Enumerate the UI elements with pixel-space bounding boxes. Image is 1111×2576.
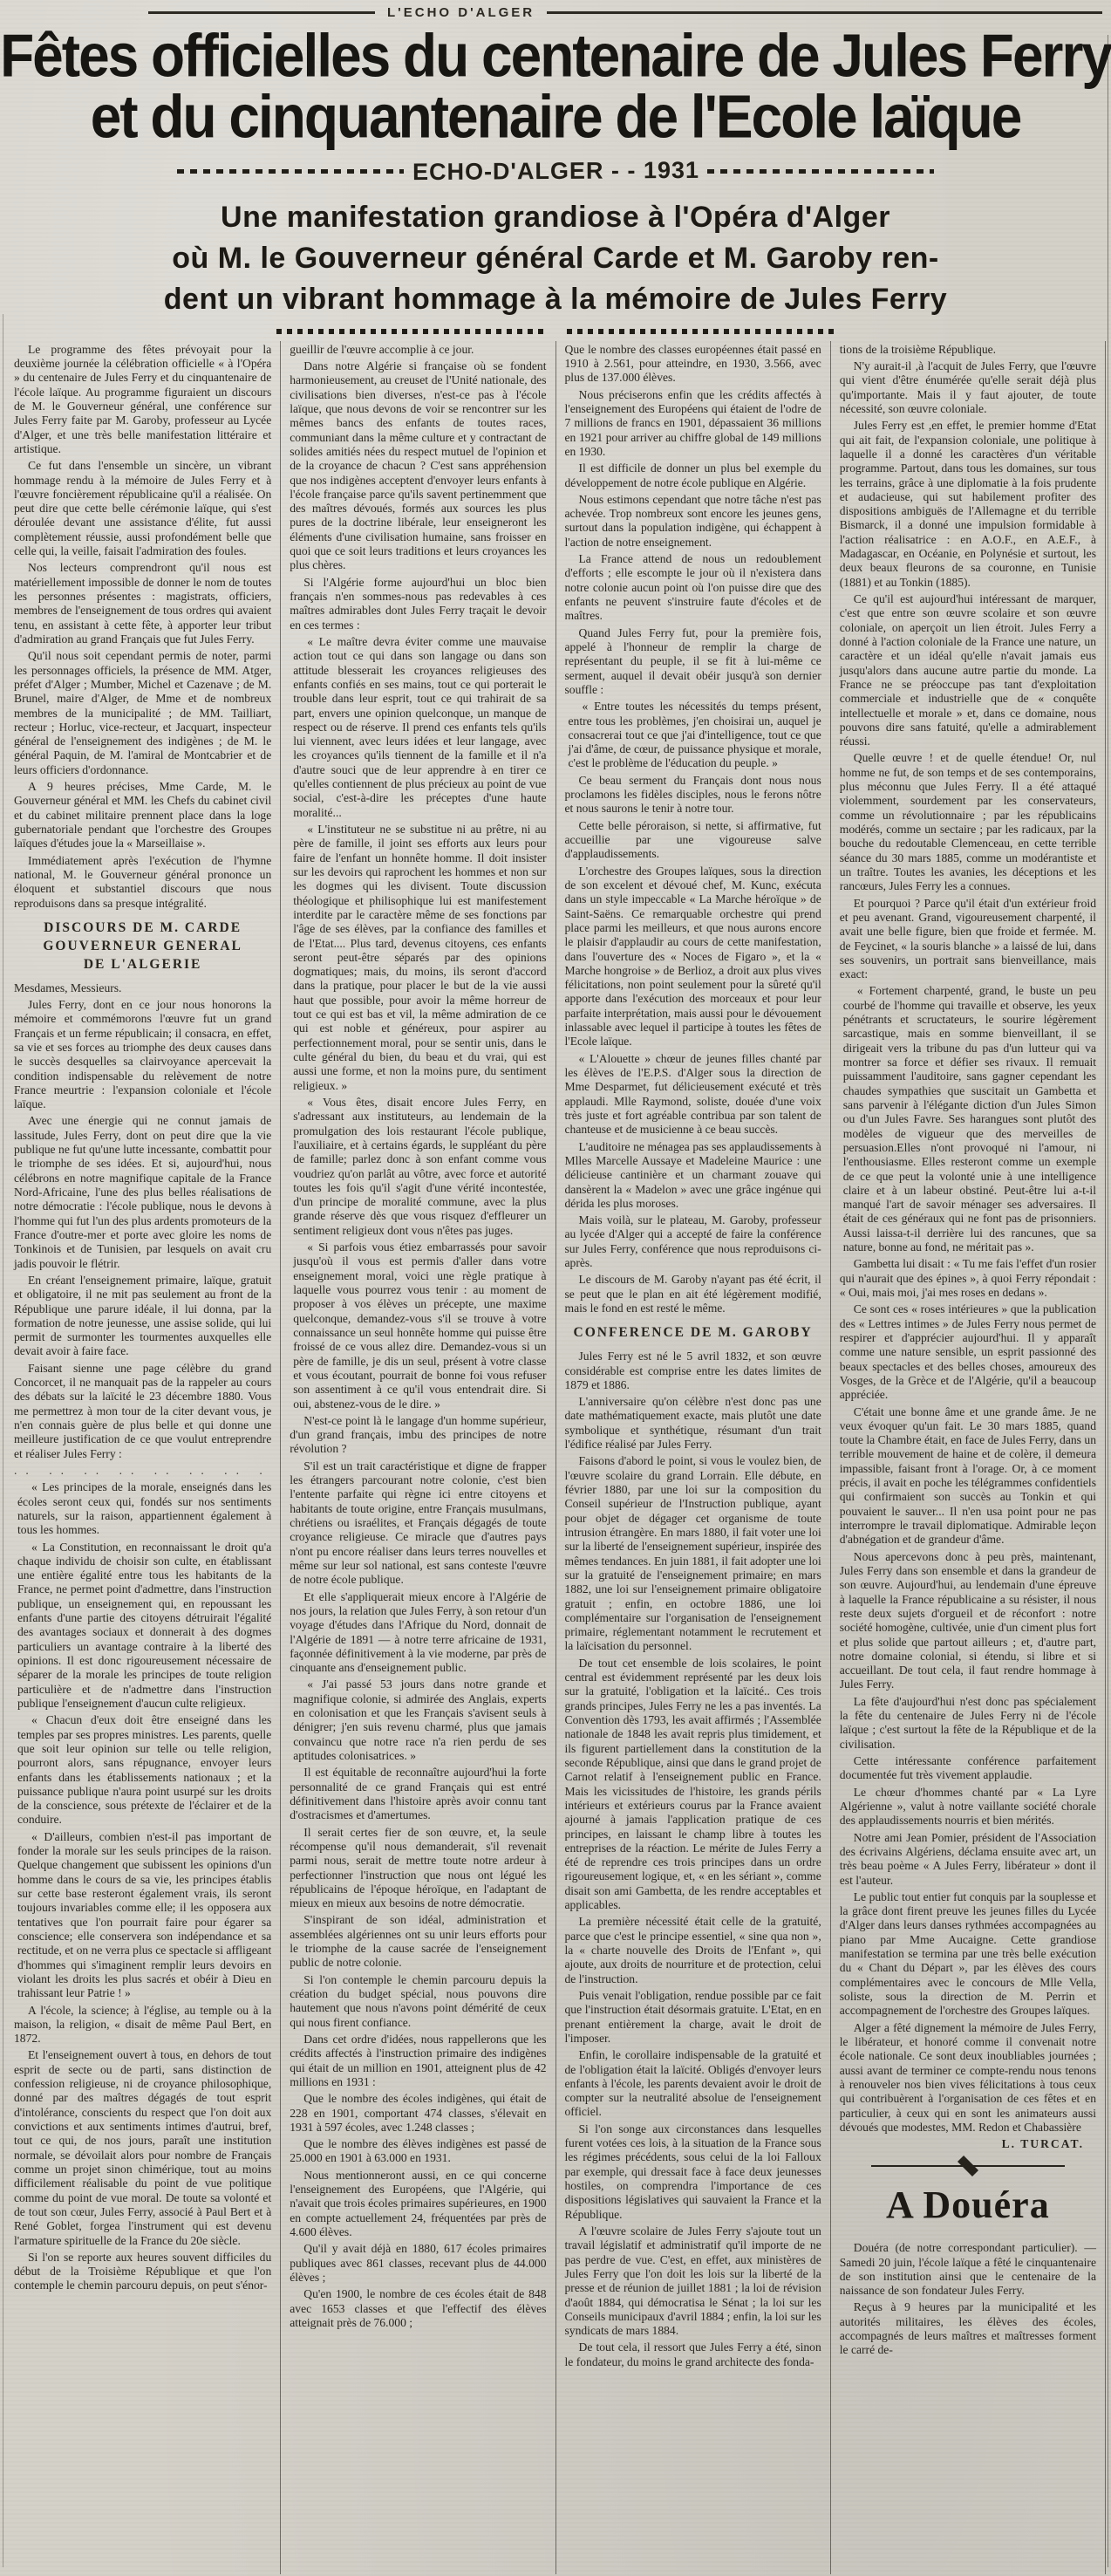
paragraph: Jules Ferry, dont en ce jour nous honoro… — [14, 998, 271, 1112]
newspaper-title: L'ECHO D'ALGER — [387, 5, 535, 20]
subheadline-line-1: Une manifestation grandiose à l'Opéra d'… — [111, 197, 1000, 238]
paragraph: « L'Alouette » chœur de jeunes filles ch… — [565, 1052, 821, 1138]
handwritten-annotation: ECHO-D'ALGER - - 1931 — [131, 158, 980, 185]
paragraph: Et pourquoi ? Parce qu'il était d'un ext… — [840, 897, 1096, 982]
newspaper-page: { "masthead": { "title": "L'ECHO D'ALGER… — [0, 0, 1111, 2576]
paragraph: Dans notre Algérie si française où se fo… — [290, 359, 546, 573]
paragraph: Le discours de M. Garoby n'ayant pas été… — [565, 1273, 821, 1315]
paragraph: C'était une bonne âme et une grande âme.… — [840, 1405, 1096, 1548]
paragraph-continuation: Que le nombre des classes européennes ét… — [565, 343, 821, 386]
paragraph: Si l'on contemple le chemin parcouru dep… — [290, 1973, 546, 2030]
dotted-rule — [276, 329, 835, 334]
paragraph: La fête d'aujourd'hui n'est donc pas spé… — [840, 1695, 1096, 1752]
paragraph: Mais voilà, sur le plateau, M. Garoby, p… — [565, 1213, 821, 1270]
paragraph: S'inspirant de son idéal, administration… — [290, 1913, 546, 1970]
paragraph: Que le nombre des élèves indigènes est p… — [290, 2137, 546, 2166]
annotation-dash-right — [707, 169, 934, 174]
paragraph: Gambetta lui disait : « Tu me fais l'eff… — [840, 1257, 1096, 1300]
paragraph: Il est équitable de reconnaître aujourd'… — [290, 1766, 546, 1822]
paragraph: Jules Ferry est ,en effet, le premier ho… — [840, 419, 1096, 590]
dotted-rule-segment — [567, 329, 835, 334]
paragraph-continuation: Mesdames, Messieurs. — [14, 981, 271, 995]
paragraph: N'y aurait-il ,à l'acquit de Jules Ferry… — [840, 359, 1096, 416]
main-headline: Fêtes officielles du centenaire de Jules… — [0, 25, 1111, 148]
quote-paragraph: « L'instituteur ne se substitue ni au pr… — [290, 823, 546, 1093]
paragraph: Que le nombre des écoles indigènes, qui … — [290, 2092, 546, 2135]
paragraph-continuation: tions de la troisième République. — [840, 343, 1096, 357]
byline-signature: L. TURCAT. — [840, 2137, 1096, 2151]
quote-paragraph: « Vous êtes, disait encore Jules Ferry, … — [290, 1096, 546, 1238]
paragraph: Quelle œuvre ! et de quelle étendue! Or,… — [840, 751, 1096, 893]
paragraph: Si l'on se reporte aux heures souvent di… — [14, 2251, 271, 2293]
quote-paragraph: « Les principes de la morale, enseignés … — [14, 1480, 271, 1537]
paragraph: Faisant sienne une page célèbre du grand… — [14, 1362, 271, 1461]
paragraph: Reçus à 9 heures par la municipalité et … — [840, 2300, 1096, 2357]
paragraph: Nous estimons cependant que notre tâche … — [565, 493, 821, 550]
paragraph: Le public tout entier fut conquis par la… — [840, 1890, 1096, 2019]
headline-line-2: et du cinquantenaire de l'Ecole laïque — [0, 86, 1111, 147]
paragraph: Et l'enseignement ouvert à tous, en deho… — [14, 2048, 271, 2247]
paragraph: Enfin, le corollaire indispensable de la… — [565, 2048, 821, 2120]
quote-paragraph: « J'ai passé 53 jours dans notre grande … — [290, 1677, 546, 1763]
paragraph: Nous préciserons enfin que les crédits a… — [565, 388, 821, 460]
paragraph: Ce qu'il est aujourd'hui intéressant de … — [840, 592, 1096, 748]
column-4: tions de la troisième République.N'y aur… — [830, 341, 1105, 2574]
paragraph: Ce sont ces « roses intérieures » que la… — [840, 1302, 1096, 1402]
paragraph: Nous apercevons donc à peu près, mainten… — [840, 1550, 1096, 1692]
section-heading: CONFERENCE DE M. GAROBY — [565, 1324, 821, 1343]
paragraph: Cette belle péroraison, si nette, si aff… — [565, 819, 821, 862]
paragraph: Le chœur d'hommes chanté par « La Lyre A… — [840, 1786, 1096, 1828]
paragraph: Immédiatement après l'exécution de l'hym… — [14, 854, 271, 911]
paragraph: Nos lecteurs comprendront qu'il nous est… — [14, 561, 271, 646]
page-edge-rule-left — [3, 314, 3, 2567]
column-1: Le programme des fêtes prévoyait pour la… — [5, 341, 280, 2574]
paragraph: Nous mentionneront aussi, en ce qui conc… — [290, 2169, 546, 2240]
paragraph: Notre ami Jean Pomier, président de l'As… — [840, 1831, 1096, 1888]
paragraph: Ce beau serment du Français dont nous no… — [565, 774, 821, 817]
paragraph: L'anniversaire qu'on célèbre n'est donc … — [565, 1395, 821, 1452]
paragraph: Dans cet ordre d'idées, nous rappelleron… — [290, 2033, 546, 2089]
paragraph: De tout cet ensemble de lois scolaires, … — [565, 1657, 821, 1913]
paragraph: N'est-ce point là le langage d'un homme … — [290, 1414, 546, 1457]
paragraph: Avec une énergie qui ne connut jamais de… — [14, 1114, 271, 1270]
annotation-dash-left — [177, 169, 404, 174]
paragraph: Le programme des fêtes prévoyait pour la… — [14, 343, 271, 457]
paragraph: Qu'en 1900, le nombre de ces écoles étai… — [290, 2287, 546, 2330]
paragraph: En créant l'enseignement primaire, laïqu… — [14, 1274, 271, 1359]
quote-paragraph: « Chacun d'eux doit être enseigné dans l… — [14, 1713, 271, 1828]
subheadline-line-3: dent un vibrant hommage à la mémoire de … — [111, 279, 1000, 320]
article-heading: A Douéra — [840, 2183, 1096, 2229]
paragraph: Si l'Algérie forme aujourd'hui un bloc b… — [290, 576, 546, 632]
section-heading: DISCOURS DE M. CARDE GOUVERNEUR GENERAL … — [14, 919, 271, 974]
page-edge-rule-right — [1108, 35, 1108, 2567]
paragraph: Qu'il nous soit cependant permis de note… — [14, 649, 271, 777]
column-3: Que le nombre des classes européennes ét… — [555, 341, 830, 2574]
paragraph: Il est difficile de donner un plus bel e… — [565, 461, 821, 490]
quote-paragraph: « Le maître devra éviter comme une mauva… — [290, 635, 546, 820]
subheadline-line-2: où M. le Gouverneur général Carde et M. … — [111, 238, 1000, 279]
paragraph: Il serait certes fier de son œuvre, et, … — [290, 1826, 546, 1911]
paragraph: A 9 heures précises, Mme Carde, M. le Go… — [14, 780, 271, 851]
subheadline: Une manifestation grandiose à l'Opéra d'… — [111, 197, 1000, 320]
quote-paragraph: « La Constitution, en reconnaissant le d… — [14, 1541, 271, 1712]
paragraph-continuation: gueillir de l'œuvre accomplie à ce jour. — [290, 343, 546, 357]
paragraph: L'auditoire ne ménagea pas ses applaudis… — [565, 1140, 821, 1212]
paragraph: Si l'on songe aux circonstances dans les… — [565, 2122, 821, 2222]
paragraph: La France attend de nous un redoublement… — [565, 552, 821, 624]
quote-paragraph: « Entre toutes les nécessités du temps p… — [565, 700, 821, 771]
paragraph: A l'école, la science; à l'église, au te… — [14, 2004, 271, 2046]
quote-paragraph: « D'ailleurs, combien n'est-il pas impor… — [14, 1830, 271, 2001]
paragraph: La première nécessité était celle de la … — [565, 1915, 821, 1986]
dotted-rule-segment — [276, 329, 544, 334]
paragraph: De tout cela, il ressort que Jules Ferry… — [565, 2340, 821, 2369]
paragraph: A l'œuvre scolaire de Jules Ferry s'ajou… — [565, 2224, 821, 2339]
paragraph: Puis venait l'obligation, rendue possibl… — [565, 1989, 821, 2046]
paragraph: S'il est un trait caractéristique et dig… — [290, 1459, 546, 1588]
paragraph: Ce fut dans l'ensemble un sincère, un vi… — [14, 459, 271, 558]
paragraph: Alger a fêté dignement la mémoire de Jul… — [840, 2021, 1096, 2135]
paragraph: Faisons d'abord le point, si vous le vou… — [565, 1454, 821, 1653]
headline-line-1: Fêtes officielles du centenaire de Jules… — [0, 25, 1111, 86]
quote-paragraph: « Si parfois vous étiez embarrassés pour… — [290, 1240, 546, 1411]
paragraph: Quand Jules Ferry fut, pour la première … — [565, 626, 821, 698]
quote-paragraph: « Fortement charpenté, grand, le buste u… — [840, 984, 1096, 1254]
masthead-rule-left — [148, 11, 375, 14]
paragraph: L'orchestre des Groupes laïques, sous la… — [565, 864, 821, 1049]
paragraph: Cette intéressante conférence parfaiteme… — [840, 1754, 1096, 1783]
masthead-rule-right — [547, 11, 1102, 14]
paragraph: Qu'il y avait déjà en 1880, 617 écoles p… — [290, 2242, 546, 2285]
column-2: gueillir de l'œuvre accomplie à ce jour.… — [280, 341, 555, 2574]
article-body: Le programme des fêtes prévoyait pour la… — [5, 341, 1106, 2574]
paragraph: Jules Ferry est né le 5 avril 1832, et s… — [565, 1349, 821, 1392]
masthead: L'ECHO D'ALGER — [0, 0, 1111, 20]
divider-rule — [871, 2162, 1065, 2170]
ellipsis-line: .. .. .. .. .. .. .. .. .. .. .. .. .. — [14, 1464, 271, 1478]
annotation-text: ECHO-D'ALGER - - 1931 — [412, 157, 699, 186]
paragraph: Et elle s'appliquerait mieux encore à l'… — [290, 1590, 546, 1676]
paragraph: Douéra (de notre correspondant particuli… — [840, 2241, 1096, 2298]
